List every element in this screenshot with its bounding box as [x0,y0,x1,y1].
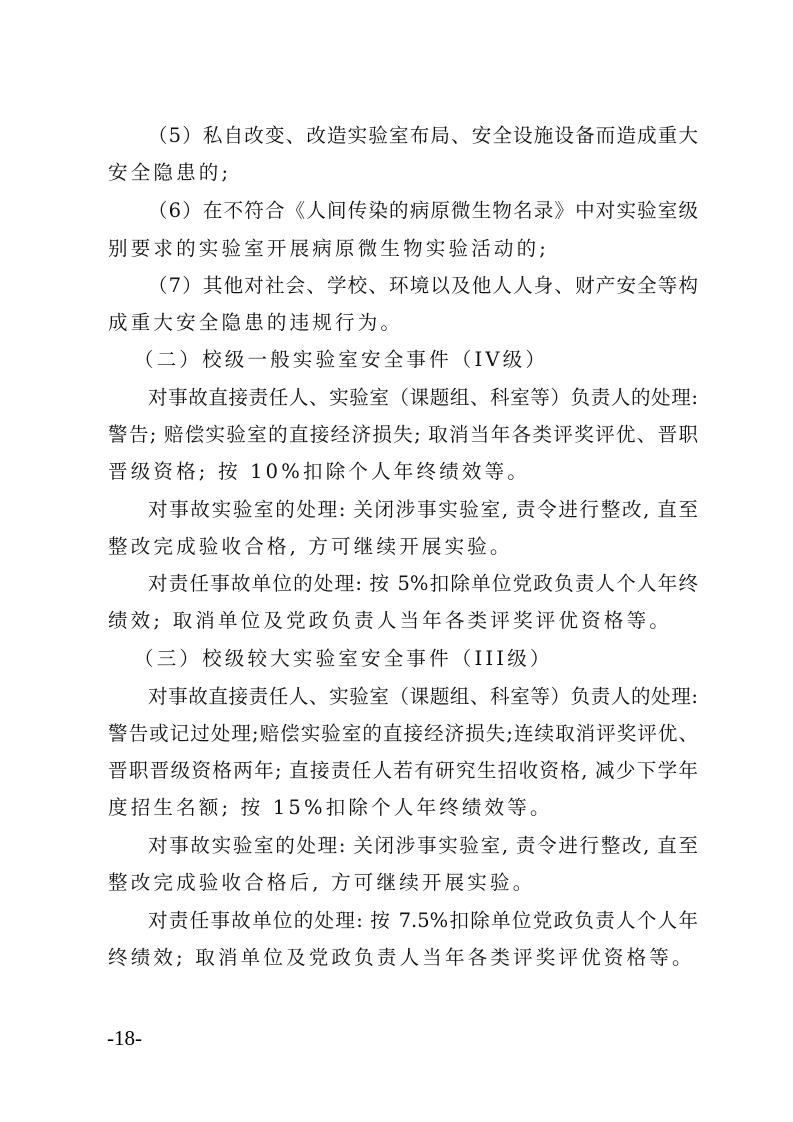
text-line: 警告或记过处理;赔偿实验室的直接经济损失;连续取消评奖评优、 [108,721,698,747]
text-line: 安全隐患的; [108,160,698,186]
text-line: 整改完成验收合格, 方可继续开展实验。 [108,534,698,560]
text-line: 晋级资格; 按 10%扣除个人年终绩效等。 [108,459,698,485]
text-line: 对责任事故单位的处理: 按 5%扣除单位党政负责人个人年终 [148,571,698,597]
text-line: 晋职晋级资格两年; 直接责任人若有研究生招收资格, 减少下学年 [108,758,698,784]
text-line: 对事故直接责任人、实验室（课题组、科室等）负责人的处理: [148,684,698,710]
document-page: （5）私自改变、改造实验室布局、安全设施设备而造成重大 安全隐患的; （6）在不… [0,0,793,1122]
text-line: （7）其他对社会、学校、环境以及他人人身、财产安全等构 [148,273,698,299]
text-line: 整改完成验收合格后, 方可继续开展实验。 [108,870,698,896]
page-number: -18- [107,1026,142,1051]
text-line: 对事故实验室的处理: 关闭涉事实验室, 责令进行整改, 直至 [148,833,698,859]
text-line: 对事故实验室的处理: 关闭涉事实验室, 责令进行整改, 直至 [148,497,698,523]
text-line: 终绩效; 取消单位及党政负责人当年各类评奖评优资格等。 [108,945,698,971]
text-line: 对事故直接责任人、实验室（课题组、科室等）负责人的处理: [148,385,698,411]
text-line: 别要求的实验室开展病原微生物实验活动的; [108,236,698,262]
text-line: 绩效; 取消单位及党政负责人当年各类评奖评优资格等。 [108,608,698,634]
text-line: （5）私自改变、改造实验室布局、安全设施设备而造成重大 [148,123,698,149]
text-line: 警告; 赔偿实验室的直接经济损失; 取消当年各类评奖评优、晋职 [108,422,698,448]
text-line: 度招生名额; 按 15%扣除个人年终绩效等。 [108,795,698,821]
text-line: （6）在不符合《人间传染的病原微生物名录》中对实验室级 [148,198,698,224]
section-heading: （三）校级较大实验室安全事件（III级） [134,646,698,672]
text-line: 对责任事故单位的处理: 按 7.5%扣除单位党政负责人个人年 [148,908,698,934]
text-line: 成重大安全隐患的违规行为。 [108,310,698,336]
section-heading: （二）校级一般实验室安全事件（IV级） [134,347,698,373]
